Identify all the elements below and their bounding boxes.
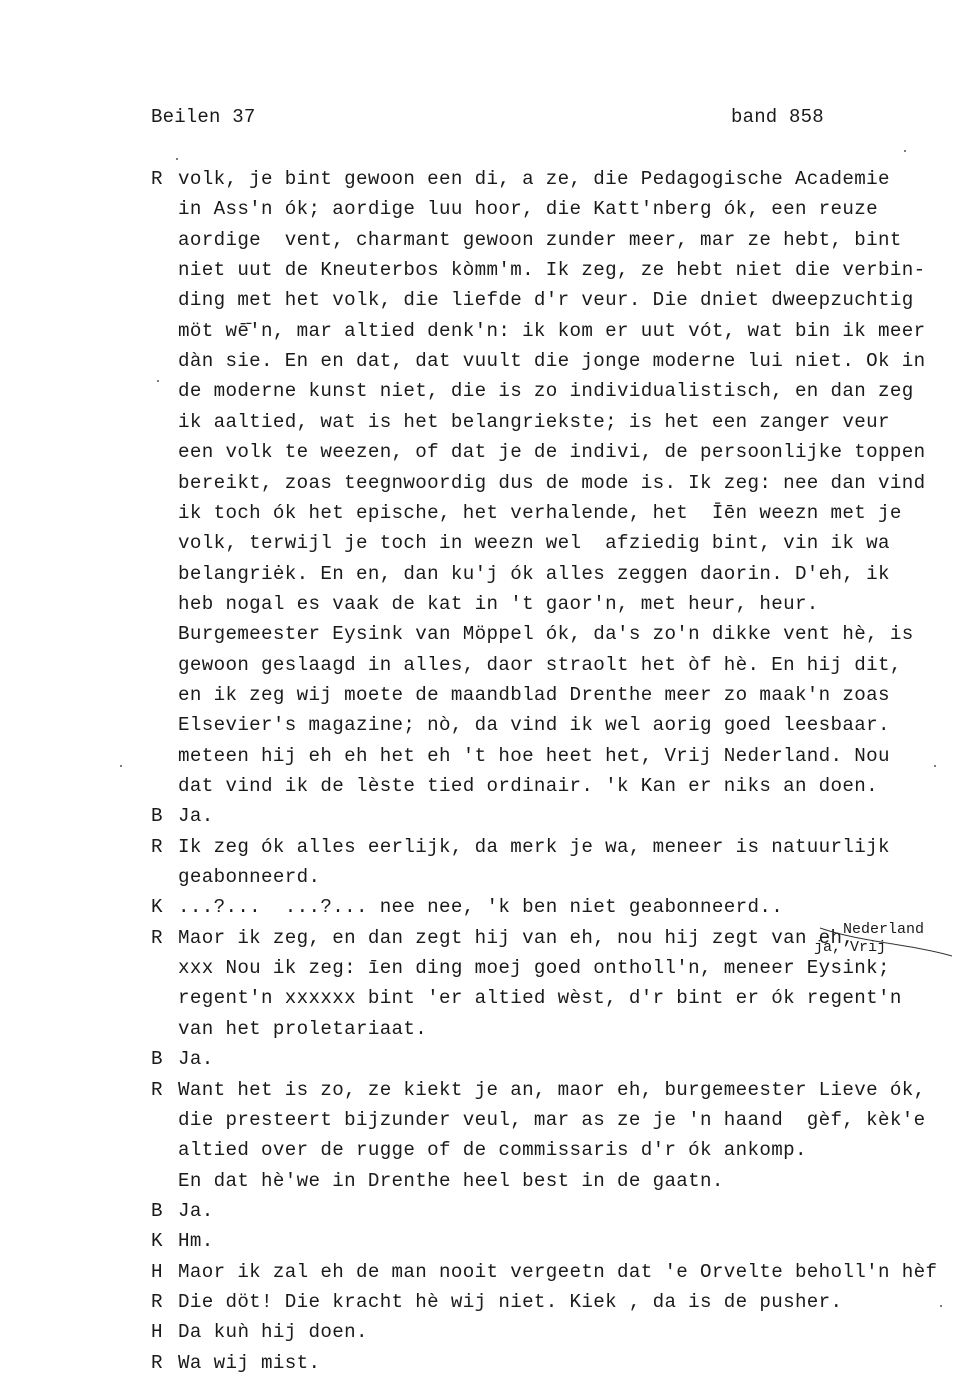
transcript-text: ding met het volk, die liefde d'r veur. … [178, 289, 914, 311]
transcript-line: bereikt, zoas teegnwoordig dus de mode i… [151, 472, 925, 494]
transcript-line: dàn sie. En en dat, dat vuult die jonge … [151, 350, 925, 372]
transcript-turn-start: RMaor ik zeg, en dan zegt hij van eh, no… [151, 927, 854, 949]
transcript-line: ik aaltied, wat is het belangriekste; is… [151, 411, 890, 433]
transcript-text: Die döt! Die kracht hè wij niet. Kiek , … [178, 1291, 842, 1313]
transcript-text: en ik zeg wij moete de maandblad Drenthe… [178, 684, 890, 706]
transcript-turn-start: HMaor ik zal eh de man nooit vergeetn da… [151, 1261, 937, 1283]
transcript-line: möt wē̄'n, mar altied denk'n: ik kom er … [151, 320, 925, 342]
transcript-line: een volk te weezen, of dat je de indivi,… [151, 441, 925, 463]
speaker-label: K [151, 896, 178, 918]
transcript-text: Maor ik zeg, en dan zegt hij van eh, nou… [178, 927, 854, 949]
transcript-text: volk, terwijl je toch in weezn wel afzie… [178, 532, 890, 554]
transcript-text: een volk te weezen, of dat je de indivi,… [178, 441, 925, 463]
transcript-turn-start: HDa kuǹ hij doen. [151, 1321, 368, 1343]
speaker-label: H [151, 1261, 178, 1283]
transcript-text: möt wē̄'n, mar altied denk'n: ik kom er … [178, 320, 925, 342]
transcript-line: niet uut de Kneuterbos kòmm'm. Ik zeg, z… [151, 259, 925, 281]
transcript-text: altied over de rugge of de commissaris d… [178, 1139, 807, 1161]
transcript-line: meteen hij eh eh het eh 't hoe heet het,… [151, 745, 890, 767]
transcript-line: dat vind ik de lèste tied ordinair. 'k K… [151, 775, 878, 797]
transcript-turn-start: BJa. [151, 1200, 214, 1222]
transcript-line: xxx Nou ik zeg: īen ding moej goed ontho… [151, 957, 890, 979]
paper-speck [120, 765, 122, 767]
transcript-turn-start: Rvolk, je bint gewoon een di, a ze, die … [151, 168, 890, 190]
transcript-line: volk, terwijl je toch in weezn wel afzie… [151, 532, 890, 554]
transcript-text: volk, je bint gewoon een di, a ze, die P… [178, 168, 890, 190]
transcript-text: dàn sie. En en dat, dat vuult die jonge … [178, 350, 925, 372]
speaker-label: B [151, 1048, 178, 1070]
transcript-line: ding met het volk, die liefde d'r veur. … [151, 289, 914, 311]
paper-speck [904, 150, 906, 152]
transcript-text: regent'n xxxxxx bint 'er altied wèst, d'… [178, 987, 902, 1009]
speaker-label: B [151, 1200, 178, 1222]
transcript-line: en ik zeg wij moete de maandblad Drenthe… [151, 684, 890, 706]
speaker-label: R [151, 168, 178, 190]
transcript-text: bereikt, zoas teegnwoordig dus de mode i… [178, 472, 925, 494]
transcript-text: Ja. [178, 1200, 214, 1222]
transcript-text: Elsevier's magazine; nò, da vind ik wel … [178, 714, 890, 736]
speaker-label: R [151, 927, 178, 949]
transcript-text: Hm. [178, 1230, 214, 1252]
speaker-label: H [151, 1321, 178, 1343]
transcript-text: ik toch ók het epische, het verhalende, … [178, 502, 902, 524]
speaker-label: R [151, 1352, 178, 1374]
transcript-text: Da kuǹ hij doen. [178, 1321, 368, 1343]
transcript-turn-start: BJa. [151, 1048, 214, 1070]
transcript-turn-start: RWa wij mist. [151, 1352, 320, 1374]
paper-speck [934, 765, 936, 767]
transcript-line: Burgemeester Eysink van Möppel ók, da's … [151, 623, 914, 645]
transcript-text: Ja. [178, 805, 214, 827]
speaker-label: R [151, 1291, 178, 1313]
transcript-turn-start: RDie döt! Die kracht hè wij niet. Kiek ,… [151, 1291, 842, 1313]
typed-transcript-page: Beilen 37 band 858 Rvolk, je bint gewoon… [0, 0, 966, 1390]
transcript-text: Ik zeg ók alles eerlijk, da merk je wa, … [178, 836, 890, 858]
paper-speck [157, 380, 159, 382]
transcript-turn-start: K...?... ...?... nee nee, 'k ben niet ge… [151, 896, 783, 918]
transcript-text: in Ass'n ók; aordige luu hoor, die Katt'… [178, 198, 878, 220]
transcript-line: de moderne kunst niet, die is zo individ… [151, 380, 914, 402]
speaker-label: R [151, 1079, 178, 1101]
speaker-label: R [151, 836, 178, 858]
speaker-label: B [151, 805, 178, 827]
transcript-turn-start: RIk zeg ók alles eerlijk, da merk je wa,… [151, 836, 890, 858]
transcript-text: ...?... ...?... nee nee, 'k ben niet gea… [178, 896, 783, 918]
page-header-tape-number: band 858 [731, 106, 824, 128]
transcript-text: xxx Nou ik zeg: īen ding moej goed ontho… [178, 957, 890, 979]
transcript-line: Elsevier's magazine; nò, da vind ik wel … [151, 714, 890, 736]
transcript-text: de moderne kunst niet, die is zo individ… [178, 380, 914, 402]
transcript-text: die presteert bijzunder veul, mar as ze … [178, 1109, 925, 1131]
transcript-text: gewoon geslaagd in alles, daor straolt h… [178, 654, 902, 676]
paper-speck [176, 158, 178, 160]
speaker-label: K [151, 1230, 178, 1252]
transcript-line: geabonneerd. [151, 866, 320, 888]
transcript-text: En dat hè'we in Drenthe heel best in de … [178, 1170, 724, 1192]
transcript-line: die presteert bijzunder veul, mar as ze … [151, 1109, 925, 1131]
transcript-line: ik toch ók het epische, het verhalende, … [151, 502, 902, 524]
transcript-turn-start: RWant het is zo, ze kiekt je an, maor eh… [151, 1079, 925, 1101]
transcript-line: regent'n xxxxxx bint 'er altied wèst, d'… [151, 987, 902, 1009]
paper-speck [940, 1305, 942, 1307]
transcript-text: Ja. [178, 1048, 214, 1070]
transcript-line: aordige vent, charmant gewoon zunder mee… [151, 229, 902, 251]
transcript-turn-start: KHm. [151, 1230, 214, 1252]
transcript-text: Want het is zo, ze kiekt je an, maor eh,… [178, 1079, 925, 1101]
correction-stroke [800, 920, 960, 960]
transcript-turn-start: BJa. [151, 805, 214, 827]
transcript-text: van het proletariaat. [178, 1018, 427, 1040]
transcript-line: belangriėk. En en, dan ku'j ók alles zeg… [151, 563, 890, 585]
transcript-text: belangriėk. En en, dan ku'j ók alles zeg… [178, 563, 890, 585]
transcript-text: Wa wij mist. [178, 1352, 320, 1374]
transcript-line: gewoon geslaagd in alles, daor straolt h… [151, 654, 902, 676]
transcript-line: En dat hè'we in Drenthe heel best in de … [151, 1170, 724, 1192]
transcript-text: Maor ik zal eh de man nooit vergeetn dat… [178, 1261, 937, 1283]
transcript-line: van het proletariaat. [151, 1018, 427, 1040]
transcript-line: heb nogal es vaak de kat in 't gaor'n, m… [151, 593, 819, 615]
transcript-text: dat vind ik de lèste tied ordinair. 'k K… [178, 775, 878, 797]
page-header-location: Beilen 37 [151, 106, 255, 128]
transcript-text: ik aaltied, wat is het belangriekste; is… [178, 411, 890, 433]
transcript-text: geabonneerd. [178, 866, 320, 888]
transcript-line: altied over de rugge of de commissaris d… [151, 1139, 807, 1161]
transcript-text: aordige vent, charmant gewoon zunder mee… [178, 229, 902, 251]
transcript-text: niet uut de Kneuterbos kòmm'm. Ik zeg, z… [178, 259, 925, 281]
transcript-text: heb nogal es vaak de kat in 't gaor'n, m… [178, 593, 819, 615]
transcript-text: meteen hij eh eh het eh 't hoe heet het,… [178, 745, 890, 767]
transcript-line: in Ass'n ók; aordige luu hoor, die Katt'… [151, 198, 878, 220]
transcript-text: Burgemeester Eysink van Möppel ók, da's … [178, 623, 914, 645]
